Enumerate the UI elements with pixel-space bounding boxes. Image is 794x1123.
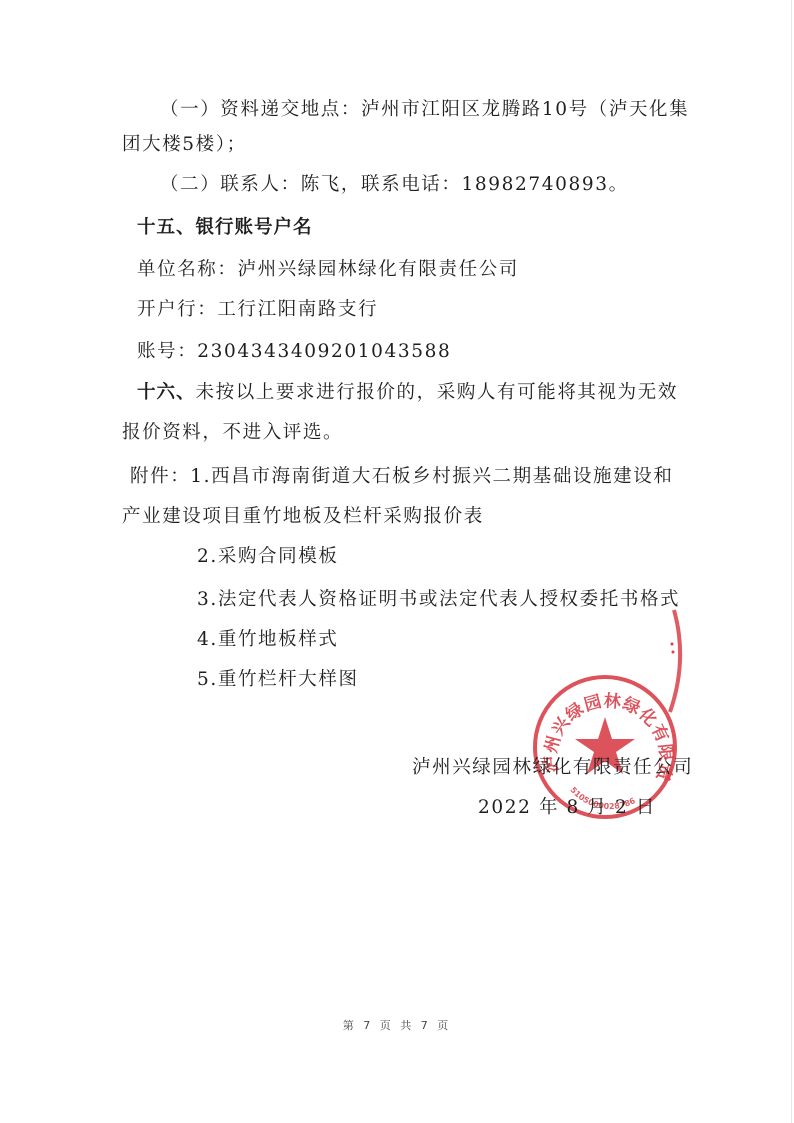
section-16-text: 未按以上要求进行报价的，采购人有可能将其视为无效	[196, 382, 678, 403]
submit-location-line-1: （一）资料递交地点：泸州市江阳区龙腾路10号（泸天化集	[160, 98, 689, 122]
attachment-2: 2.采购合同模板	[197, 545, 338, 569]
section-16-line-1: 十六、未按以上要求进行报价的，采购人有可能将其视为无效	[137, 381, 678, 405]
attachment-4: 4.重竹地板样式	[197, 628, 338, 652]
section-16-label: 十六、	[137, 382, 196, 403]
bank-line: 开户行：工行江阳南路支行	[137, 298, 378, 322]
attachment-1-line-2: 产业建设项目重竹地板及栏杆采购报价表	[122, 505, 484, 529]
section-15-heading: 十五、银行账号户名	[137, 216, 313, 240]
signature-date: 2022 年 8 月 2 日	[478, 796, 656, 820]
account-line: 账号：2304343409201043588	[137, 340, 451, 364]
attachment-5: 5.重竹栏杆大样图	[197, 668, 359, 692]
section-16-line-2: 报价资料，不进入评选。	[122, 421, 343, 445]
contact-line: （二）联系人：陈飞，联系电话：18982740893。	[160, 173, 629, 197]
signature-company: 泸州兴绿园林绿化有限责任公司	[412, 756, 693, 780]
scan-edge	[791, 0, 792, 1123]
attachment-1-line-1: 附件：1.西昌市海南街道大石板乡村振兴二期基础设施建设和	[130, 465, 673, 489]
attachment-3: 3.法定代表人资格证明书或法定代表人授权委托书格式	[197, 588, 680, 612]
submit-location-line-2: 团大楼5楼）；	[122, 133, 247, 157]
page-number: 第 7 页 共 7 页	[0, 1017, 794, 1033]
unit-name-line: 单位名称：泸州兴绿园林绿化有限责任公司	[137, 258, 519, 282]
